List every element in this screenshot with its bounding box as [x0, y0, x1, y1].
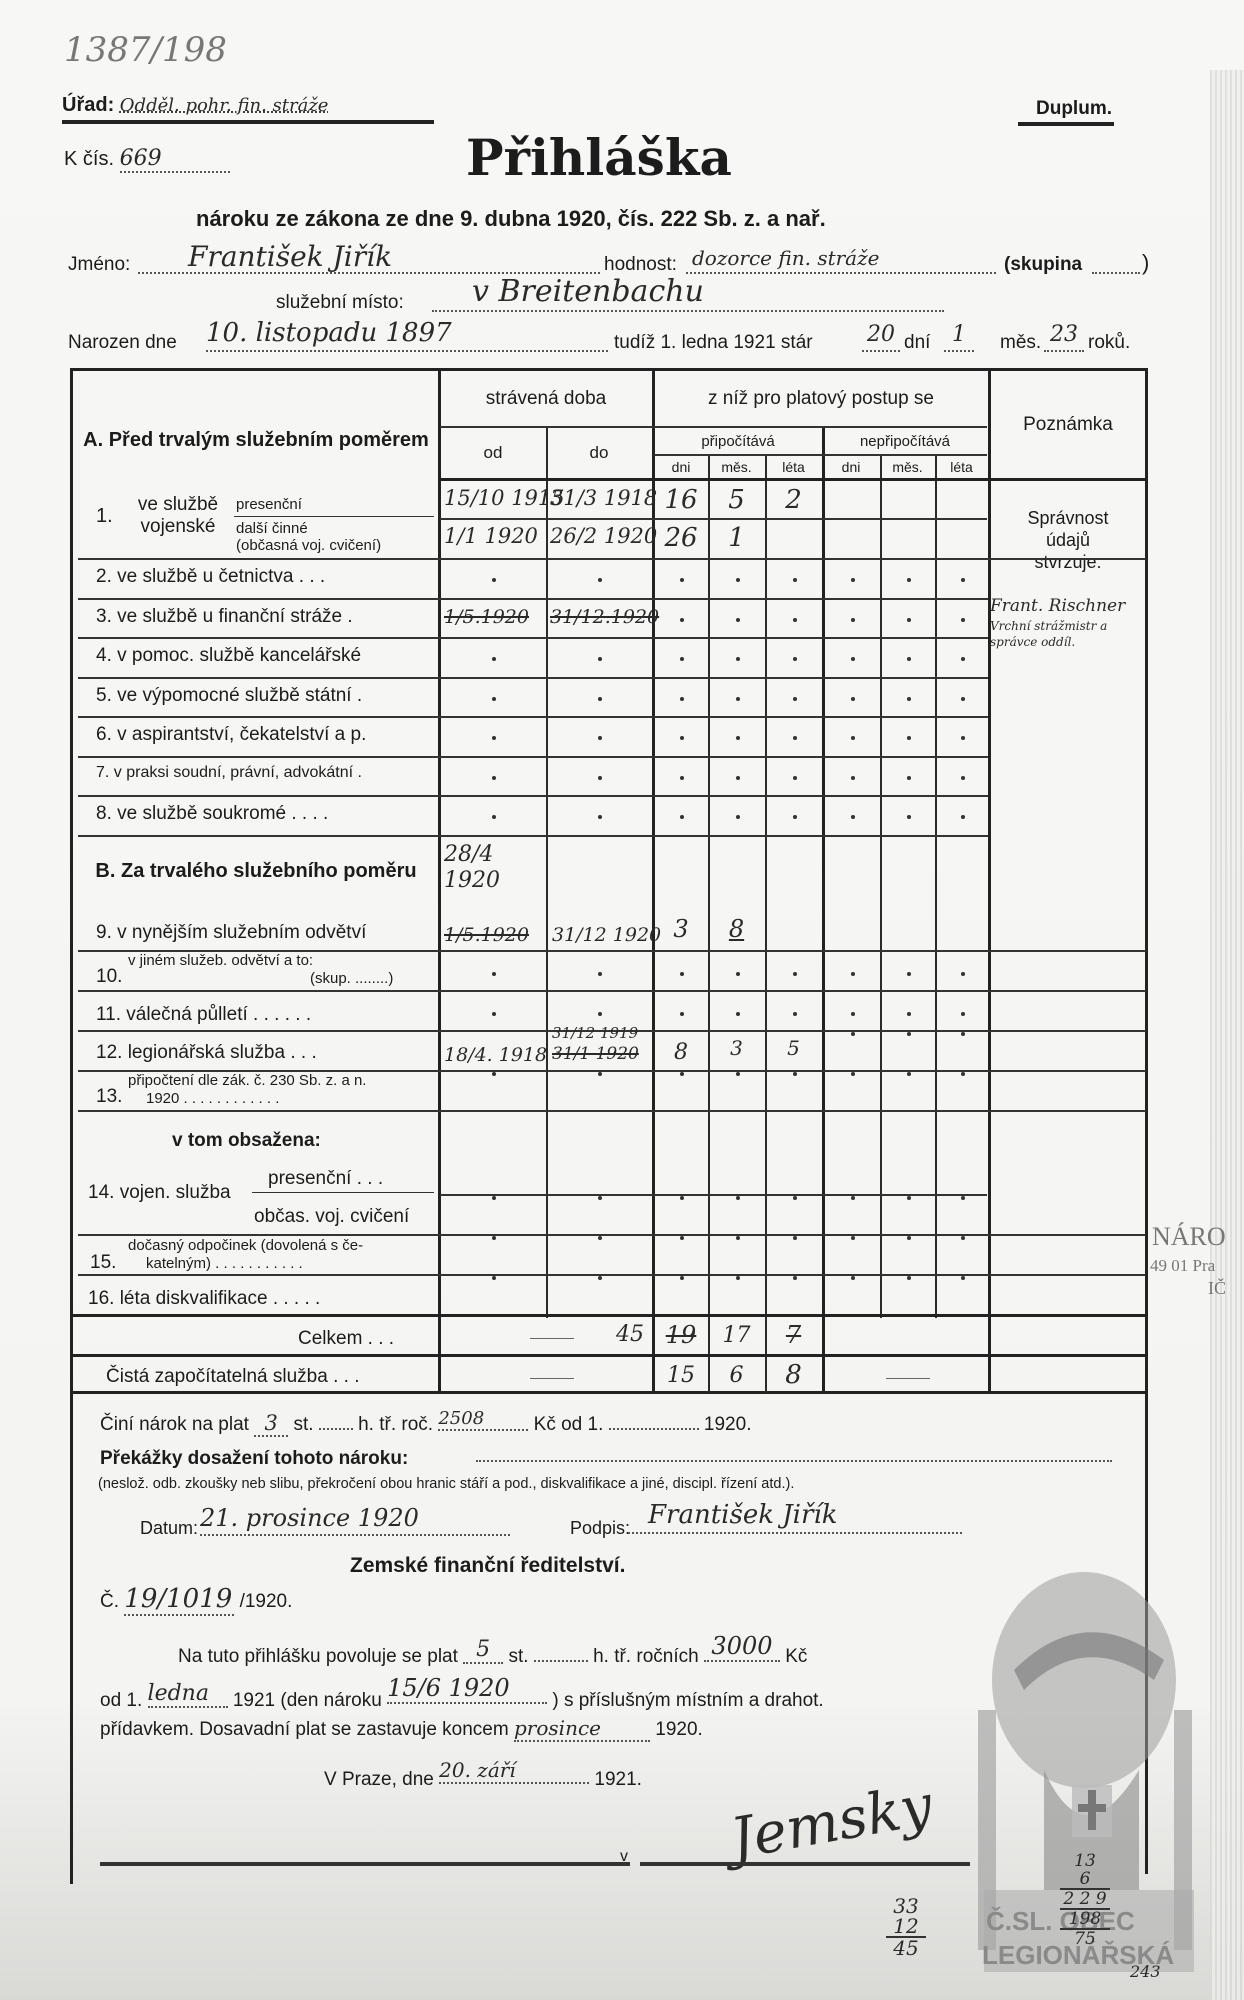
col-header-from: od [440, 428, 546, 478]
empty-cell-mark [961, 1236, 965, 1240]
empty-cell-mark [907, 972, 911, 976]
row1a-sublabel: presenční [236, 496, 302, 513]
decision-year: 1921. [594, 1769, 642, 1790]
row-label-8: 8. ve službě soukromé . . . . [96, 803, 328, 825]
empty-cell-mark [736, 618, 740, 622]
row13-number: 13. [96, 1086, 122, 1108]
empty-cell-mark [907, 618, 911, 622]
decision-number-prefix: Č. [100, 1591, 119, 1612]
empty-cell-mark [907, 1072, 911, 1076]
empty-cell-mark [851, 1032, 855, 1036]
row12-months: 3 [708, 1030, 765, 1066]
empty-cell-mark [793, 1276, 797, 1280]
empty-cell-mark [793, 1196, 797, 1200]
row12-years: 5 [765, 1030, 822, 1066]
col-months: měs. [708, 456, 765, 478]
empty-cell-mark [851, 776, 855, 780]
col-divider-n-months [935, 456, 937, 1318]
empty-cell-mark [793, 697, 797, 701]
net-days: 15 [654, 1358, 708, 1392]
empty-cell-mark [961, 972, 965, 976]
row14-label: 14. vojen. služba [88, 1182, 231, 1204]
row-label-3: 3. ve službě u finanční stráže . [96, 606, 353, 628]
net-dash [530, 1378, 574, 1379]
empty-cell-mark [598, 657, 602, 661]
empty-cell-mark [680, 776, 684, 780]
form-left-border [70, 1394, 73, 1884]
total-label: Celkem . . . [298, 1328, 394, 1350]
net-years: 8 [765, 1358, 822, 1392]
date-label: Datum: [140, 1518, 198, 1539]
margin-sum-top: 33 [886, 1896, 926, 1916]
empty-cell-mark [793, 657, 797, 661]
margin-stamp-calculation: 13 6 2 2 9 198 75 [1060, 1852, 1110, 1948]
col-divider-label [438, 370, 441, 1394]
empty-cell-mark [907, 1196, 911, 1200]
row12-days: 8 [654, 1034, 708, 1070]
header-bottom-line [440, 478, 1146, 481]
net-months: 6 [708, 1358, 765, 1392]
row-2-bottom-line [78, 598, 988, 600]
total-dash [530, 1338, 574, 1339]
empty-cell-mark [851, 697, 855, 701]
totals-top-line [72, 1314, 1148, 1317]
decision-line-2: od 1. ledna 1921 (den nároku 15/6 1920 )… [100, 1674, 824, 1712]
empty-cell-mark [961, 815, 965, 819]
row1-number: 1. [96, 505, 113, 528]
age-months-label: měs. [1000, 332, 1041, 354]
empty-cell-mark [598, 578, 602, 582]
decision-number-year: /1920. [240, 1591, 293, 1612]
empty-cell-mark [492, 815, 496, 819]
total-years: 7 [765, 1318, 822, 1352]
stamp-calc-2: 6 [1060, 1870, 1110, 1888]
row-3-from: 1/5.1920 [444, 606, 529, 628]
empty-cell-mark [961, 776, 965, 780]
claim-year: 1920. [704, 1414, 752, 1435]
empty-cell-mark [907, 1276, 911, 1280]
empty-cell-mark [907, 1236, 911, 1240]
decision-text-2c: ) s příslušným místním a drahot. [552, 1690, 823, 1711]
empty-cell-mark [907, 1032, 911, 1036]
row14-mid-line [440, 1194, 987, 1196]
claim-class-label: h. tř. roč. [358, 1414, 433, 1435]
decision-line-1: Na tuto přihlášku povoluje se plat 5 st.… [178, 1632, 807, 1668]
row1a-from: 15/10 1915 [444, 486, 565, 510]
decision-month: ledna [148, 1681, 228, 1708]
col-years: léta [765, 456, 822, 478]
stamp-calc-5: 75 [1060, 1928, 1110, 1948]
stamp-calc-3: 2 2 9 [1060, 1888, 1110, 1908]
decision-number-value: 19/1019 [124, 1584, 234, 1616]
obstacles-label: Překážky dosažení tohoto nároku: [100, 1448, 408, 1470]
decision-text-2a: od 1. [100, 1690, 142, 1711]
decision-text-3b: 1920. [655, 1719, 703, 1740]
row1b-days: 26 [654, 520, 708, 556]
row12-label: 12. legionářská služba . . . [96, 1042, 317, 1064]
document-subtitle: nároku ze zákona ze dne 9. dubna 1920, č… [196, 206, 826, 232]
row-label-2: 2. ve službě u četnictva . . . [96, 566, 325, 588]
age-days: 20 [862, 322, 900, 352]
row13-label: připočtení dle zák. č. 230 Sb. z. a n. [128, 1072, 366, 1089]
decision-end-month: prosince [514, 1716, 650, 1742]
empty-cell-mark [907, 697, 911, 701]
name-value: František Jiřík [138, 240, 600, 274]
empty-cell-mark [492, 1072, 496, 1076]
contained-label: v tom obsažena: [172, 1130, 321, 1152]
decision-text-1d: Kč [785, 1646, 807, 1667]
empty-cell-mark [907, 1012, 911, 1016]
empty-cell-mark [793, 815, 797, 819]
row-5-bottom-line [78, 716, 988, 718]
empty-cell-mark [680, 618, 684, 622]
decision-date: 20. září [439, 1758, 589, 1784]
empty-cell-mark [598, 1236, 602, 1240]
empty-cell-mark [680, 815, 684, 819]
empty-cell-mark [680, 972, 684, 976]
claim-month [609, 1428, 699, 1430]
row15-bottom-line [78, 1274, 1146, 1276]
empty-cell-mark [736, 1276, 740, 1280]
age-months: 1 [944, 322, 974, 352]
empty-cell-mark [492, 972, 496, 976]
margin-sum-result: 45 [886, 1936, 926, 1958]
document-title: Přihláška [466, 128, 732, 187]
empty-cell-mark [598, 1072, 602, 1076]
stamp-calc-4: 198 [1060, 1908, 1110, 1928]
empty-cell-mark [793, 736, 797, 740]
decision-text-3a: přídavkem. Dosavadní plat se zastavuje k… [100, 1719, 509, 1740]
empty-cell-mark [680, 1276, 684, 1280]
decision-grade: 5 [463, 1637, 503, 1664]
row16-label: 16. léta diskvalifikace . . . . . [88, 1288, 320, 1310]
row1-sub-divider [234, 516, 434, 517]
row-4-bottom-line [78, 677, 988, 679]
col-n-months: měs. [880, 456, 935, 478]
empty-cell-mark [492, 697, 496, 701]
empty-cell-mark [907, 815, 911, 819]
total-months: 17 [708, 1318, 765, 1352]
service-place-value: v Breitenbachu [432, 274, 944, 312]
row-label-7: 7. v praksi soudní, právní, advokátní . [96, 764, 362, 782]
empty-cell-mark [961, 697, 965, 701]
empty-cell-mark [961, 1072, 965, 1076]
decision-line-3: přídavkem. Dosavadní plat se zastavuje k… [100, 1716, 703, 1742]
born-value: 10. listopadu 1897 [206, 318, 608, 352]
empty-cell-mark [492, 1012, 496, 1016]
reference-number: 1387/198 [64, 30, 227, 70]
net-not-counted-dash [886, 1378, 930, 1379]
empty-cell-mark [851, 1072, 855, 1076]
decision-text-2b: 1921 (den nároku [233, 1690, 382, 1711]
bottom-rule-right [640, 1862, 970, 1866]
empty-cell-mark [961, 1032, 965, 1036]
empty-cell-mark [851, 736, 855, 740]
authority-heading: Zemské finanční ředitelství. [350, 1554, 625, 1578]
total-days-alt: 19 [654, 1318, 708, 1352]
empty-cell-mark [793, 618, 797, 622]
rank-value: dozorce fin. stráže [686, 246, 996, 274]
empty-cell-mark [793, 776, 797, 780]
decision-number: Č. 19/1019 /1920. [100, 1584, 292, 1616]
stamp-page-number: 243 [1130, 1962, 1161, 1981]
group-close: ) [1142, 250, 1149, 276]
empty-cell-mark [736, 1236, 740, 1240]
empty-cell-mark [851, 578, 855, 582]
empty-cell-mark [793, 1072, 797, 1076]
empty-cell-mark [736, 1196, 740, 1200]
row15-number: 15. [90, 1252, 116, 1274]
col-header-spent: strávená doba [440, 372, 652, 426]
empty-cell-mark [598, 972, 602, 976]
col-n-days: dni [822, 456, 880, 478]
col-days: dni [654, 456, 708, 478]
decision-text-1a: Na tuto přihlášku povoluje se plat [178, 1646, 458, 1667]
row-3-bottom-line [78, 637, 988, 639]
group-value [1092, 258, 1140, 274]
empty-cell-mark [598, 1012, 602, 1016]
empty-cell-mark [736, 1012, 740, 1016]
row9-to: 31/12 1920 [552, 924, 661, 946]
note-signature: Frant. Rischner [990, 596, 1150, 616]
office-field: Úřad: Odděl. pohr. fin. stráže [62, 94, 434, 124]
empty-cell-mark [736, 776, 740, 780]
name-label: Jméno: [68, 254, 130, 276]
row14-sub-divider [252, 1192, 434, 1193]
row1-label: ve službě vojenské [126, 494, 230, 538]
row1b-to: 26/2 1920 [550, 524, 657, 548]
row10-number: 10. [96, 966, 122, 988]
rank-label: hodnost: [604, 254, 677, 276]
empty-cell-mark [492, 1236, 496, 1240]
empty-cell-mark [961, 1276, 965, 1280]
totals-mid-line [72, 1354, 1148, 1357]
archive-stamp-line3: IČ [1208, 1278, 1226, 1299]
col-divider-from-to [546, 428, 548, 1318]
empty-cell-mark [907, 578, 911, 582]
note-signature-title: Vrchní strážmistr a správce oddíl. [990, 618, 1140, 650]
empty-cell-mark [736, 815, 740, 819]
margin-sum-mid: 12 [886, 1916, 926, 1936]
row13-label2: 1920 . . . . . . . . . . . . [146, 1090, 279, 1107]
row10-label: v jiném služeb. odvětví a to: [128, 952, 313, 969]
row14-bottom-line [78, 1234, 1146, 1236]
decision-text-1c: h. tř. ročních [593, 1646, 699, 1667]
decision-claim-date: 15/6 1920 [387, 1674, 547, 1704]
empty-cell-mark [851, 815, 855, 819]
claim-grade: 3 [254, 1411, 288, 1437]
row1b-from: 1/1 1920 [444, 524, 538, 548]
file-number-value: 669 [120, 146, 230, 173]
empty-cell-mark [492, 776, 496, 780]
row10-bottom-line [78, 990, 1146, 992]
bottom-rule-left [100, 1862, 630, 1866]
empty-cell-mark [961, 618, 965, 622]
decision-place-date: V Praze, dne 20. září 1921. [324, 1758, 642, 1791]
empty-cell-mark [961, 578, 965, 582]
row15-label2: katelným) . . . . . . . . . . . [146, 1255, 303, 1272]
col-header-counted: připočítává [654, 428, 822, 454]
empty-cell-mark [680, 697, 684, 701]
empty-cell-mark [680, 1012, 684, 1016]
row12-from: 18/4. 1918 [444, 1044, 547, 1066]
empty-cell-mark [851, 618, 855, 622]
duplicate-label: Duplum. [1018, 98, 1114, 126]
row1a-months: 5 [708, 482, 765, 518]
col-divider-counted [822, 428, 825, 1394]
decision-text-1b: st. [508, 1646, 528, 1667]
signature-label: Podpis: [570, 1518, 630, 1539]
col-divider-note [988, 370, 991, 1394]
empty-cell-mark [736, 1072, 740, 1076]
row1a-to: 31/3 1918 [550, 486, 657, 510]
empty-cell-mark [736, 657, 740, 661]
empty-cell-mark [598, 736, 602, 740]
row1a-years: 2 [765, 482, 822, 518]
claim-currency-from: Kč od 1. [534, 1414, 604, 1435]
row1a-days: 16 [654, 482, 708, 518]
empty-cell-mark [680, 578, 684, 582]
col-divider-n-days [880, 456, 882, 1318]
empty-cell-mark [961, 736, 965, 740]
claim-line: Činí nárok na plat 3 st. h. tř. roč. 250… [100, 1408, 751, 1437]
decision-amount: 3000 [704, 1632, 780, 1662]
obstacles-value [476, 1460, 1112, 1462]
office-label: Úřad: [62, 94, 114, 116]
empty-cell-mark [851, 657, 855, 661]
total-days: 45 [616, 1322, 644, 1347]
row10-label2: (skup. ........) [310, 970, 393, 987]
applicant-signature: František Jiřík [628, 1500, 962, 1534]
bottom-v-mark: v [620, 1848, 628, 1866]
row-7-bottom-line [78, 795, 988, 797]
row-8-bottom-line [78, 835, 988, 837]
row-label-6: 6. v aspirantství, čekatelství a p. [96, 724, 366, 746]
row9-from-new: 28/4 1920 [444, 842, 524, 894]
row13-bottom-line [78, 1110, 1146, 1112]
row-label-5: 5. ve výpomocné službě státní . [96, 685, 362, 707]
section-a-heading: A. Před trvalým služebním poměrem [78, 410, 434, 470]
archive-stamp-line2: 49 01 Pra [1150, 1256, 1215, 1276]
row9-label: 9. v nynějším služebním odvětví [96, 922, 366, 944]
row1b-sublabel: další činné [236, 520, 308, 537]
empty-cell-mark [492, 1276, 496, 1280]
file-number-label: K čís. [64, 148, 114, 170]
age-days-label: dní [904, 332, 930, 354]
margin-calculation: 33 12 45 [886, 1896, 926, 1958]
age-years: 23 [1044, 322, 1084, 352]
col-header-note: Poznámka [990, 372, 1146, 478]
row1b-months: 1 [708, 520, 765, 556]
row9-days: 3 [654, 910, 708, 948]
service-place-label: služební místo: [276, 292, 404, 314]
empty-cell-mark [736, 736, 740, 740]
section-b-heading: B. Za trvalého služebního poměru [78, 844, 434, 898]
col-n-years: léta [935, 456, 988, 478]
empty-cell-mark [736, 578, 740, 582]
group-label: (skupina [1004, 254, 1082, 276]
empty-cell-mark [851, 1196, 855, 1200]
empty-cell-mark [598, 1196, 602, 1200]
empty-cell-mark [680, 1196, 684, 1200]
claim-grade-label: st. [293, 1414, 313, 1435]
empty-cell-mark [907, 776, 911, 780]
empty-cell-mark [793, 578, 797, 582]
decision-class [534, 1660, 588, 1662]
row12-to-old: 31/1 1920 [552, 1044, 639, 1064]
age-prefix: tudíž 1. ledna 1921 stár [614, 332, 813, 354]
empty-cell-mark [907, 736, 911, 740]
row9-from-old: 1/5.1920 [444, 924, 529, 946]
empty-cell-mark [907, 657, 911, 661]
file-number-field: K čís. 669 [64, 146, 230, 173]
age-years-label: roků. [1088, 332, 1130, 354]
row-label-4: 4. v pomoc. službě kancelářské [96, 645, 361, 667]
empty-cell-mark [492, 736, 496, 740]
empty-cell-mark [492, 1196, 496, 1200]
empty-cell-mark [793, 972, 797, 976]
row12-to-new: 31/12 1919 [552, 1024, 638, 1042]
empty-cell-mark [851, 1276, 855, 1280]
empty-cell-mark [680, 1072, 684, 1076]
row-3-to: 31/12.1920 [550, 606, 659, 628]
row1-bottom-line [78, 558, 1146, 560]
claim-amount: 2508 [438, 1408, 528, 1431]
decision-place-label: V Praze, dne [324, 1769, 434, 1790]
empty-cell-mark [961, 1196, 965, 1200]
scan-edge [1210, 70, 1244, 2000]
empty-cell-mark [736, 697, 740, 701]
col-header-not-counted: nepřipočítává [822, 428, 988, 454]
empty-cell-mark [851, 1236, 855, 1240]
date-value: 21. prosince 1920 [200, 1504, 510, 1536]
row14-sublabel1: presenční . . . [268, 1168, 383, 1190]
note-certification: Správnost údajů stvrzuje: [1010, 502, 1126, 578]
row9-months: 8 [708, 910, 765, 948]
net-service-label: Čistá započítatelná služba . . . [106, 1366, 359, 1388]
row11-label: 11. válečná půlletí . . . . . . [96, 1004, 311, 1026]
row14-sublabel2: občas. voj. cvičení [254, 1206, 409, 1228]
office-value: Odděl. pohr. fin. stráže [120, 95, 329, 116]
claim-prefix: Činí nárok na plat [100, 1414, 249, 1435]
empty-cell-mark [492, 657, 496, 661]
col-header-salary: z níž pro platový postup se [654, 372, 988, 426]
row-6-bottom-line [78, 756, 988, 758]
col-header-to: do [546, 428, 652, 478]
archive-stamp-line1: NÁRO [1152, 1222, 1226, 1252]
obstacles-note: (neslož. odb. zkoušky neb slibu, překroč… [98, 1476, 794, 1492]
row1b-sublabel2: (občasná voj. cvičení) [236, 537, 381, 554]
empty-cell-mark [736, 972, 740, 976]
empty-cell-mark [793, 1236, 797, 1240]
empty-cell-mark [793, 1012, 797, 1016]
empty-cell-mark [598, 697, 602, 701]
empty-cell-mark [851, 1012, 855, 1016]
empty-cell-mark [598, 776, 602, 780]
empty-cell-mark [680, 657, 684, 661]
empty-cell-mark [598, 815, 602, 819]
stamp-calc-1: 13 [1060, 1852, 1110, 1870]
empty-cell-mark [598, 1276, 602, 1280]
empty-cell-mark [680, 1236, 684, 1240]
claim-class [319, 1428, 353, 1430]
empty-cell-mark [961, 1012, 965, 1016]
empty-cell-mark [961, 657, 965, 661]
empty-cell-mark [492, 578, 496, 582]
row15-label: dočasný odpočinek (dovolená s če- [128, 1237, 363, 1254]
empty-cell-mark [680, 736, 684, 740]
empty-cell-mark [851, 972, 855, 976]
